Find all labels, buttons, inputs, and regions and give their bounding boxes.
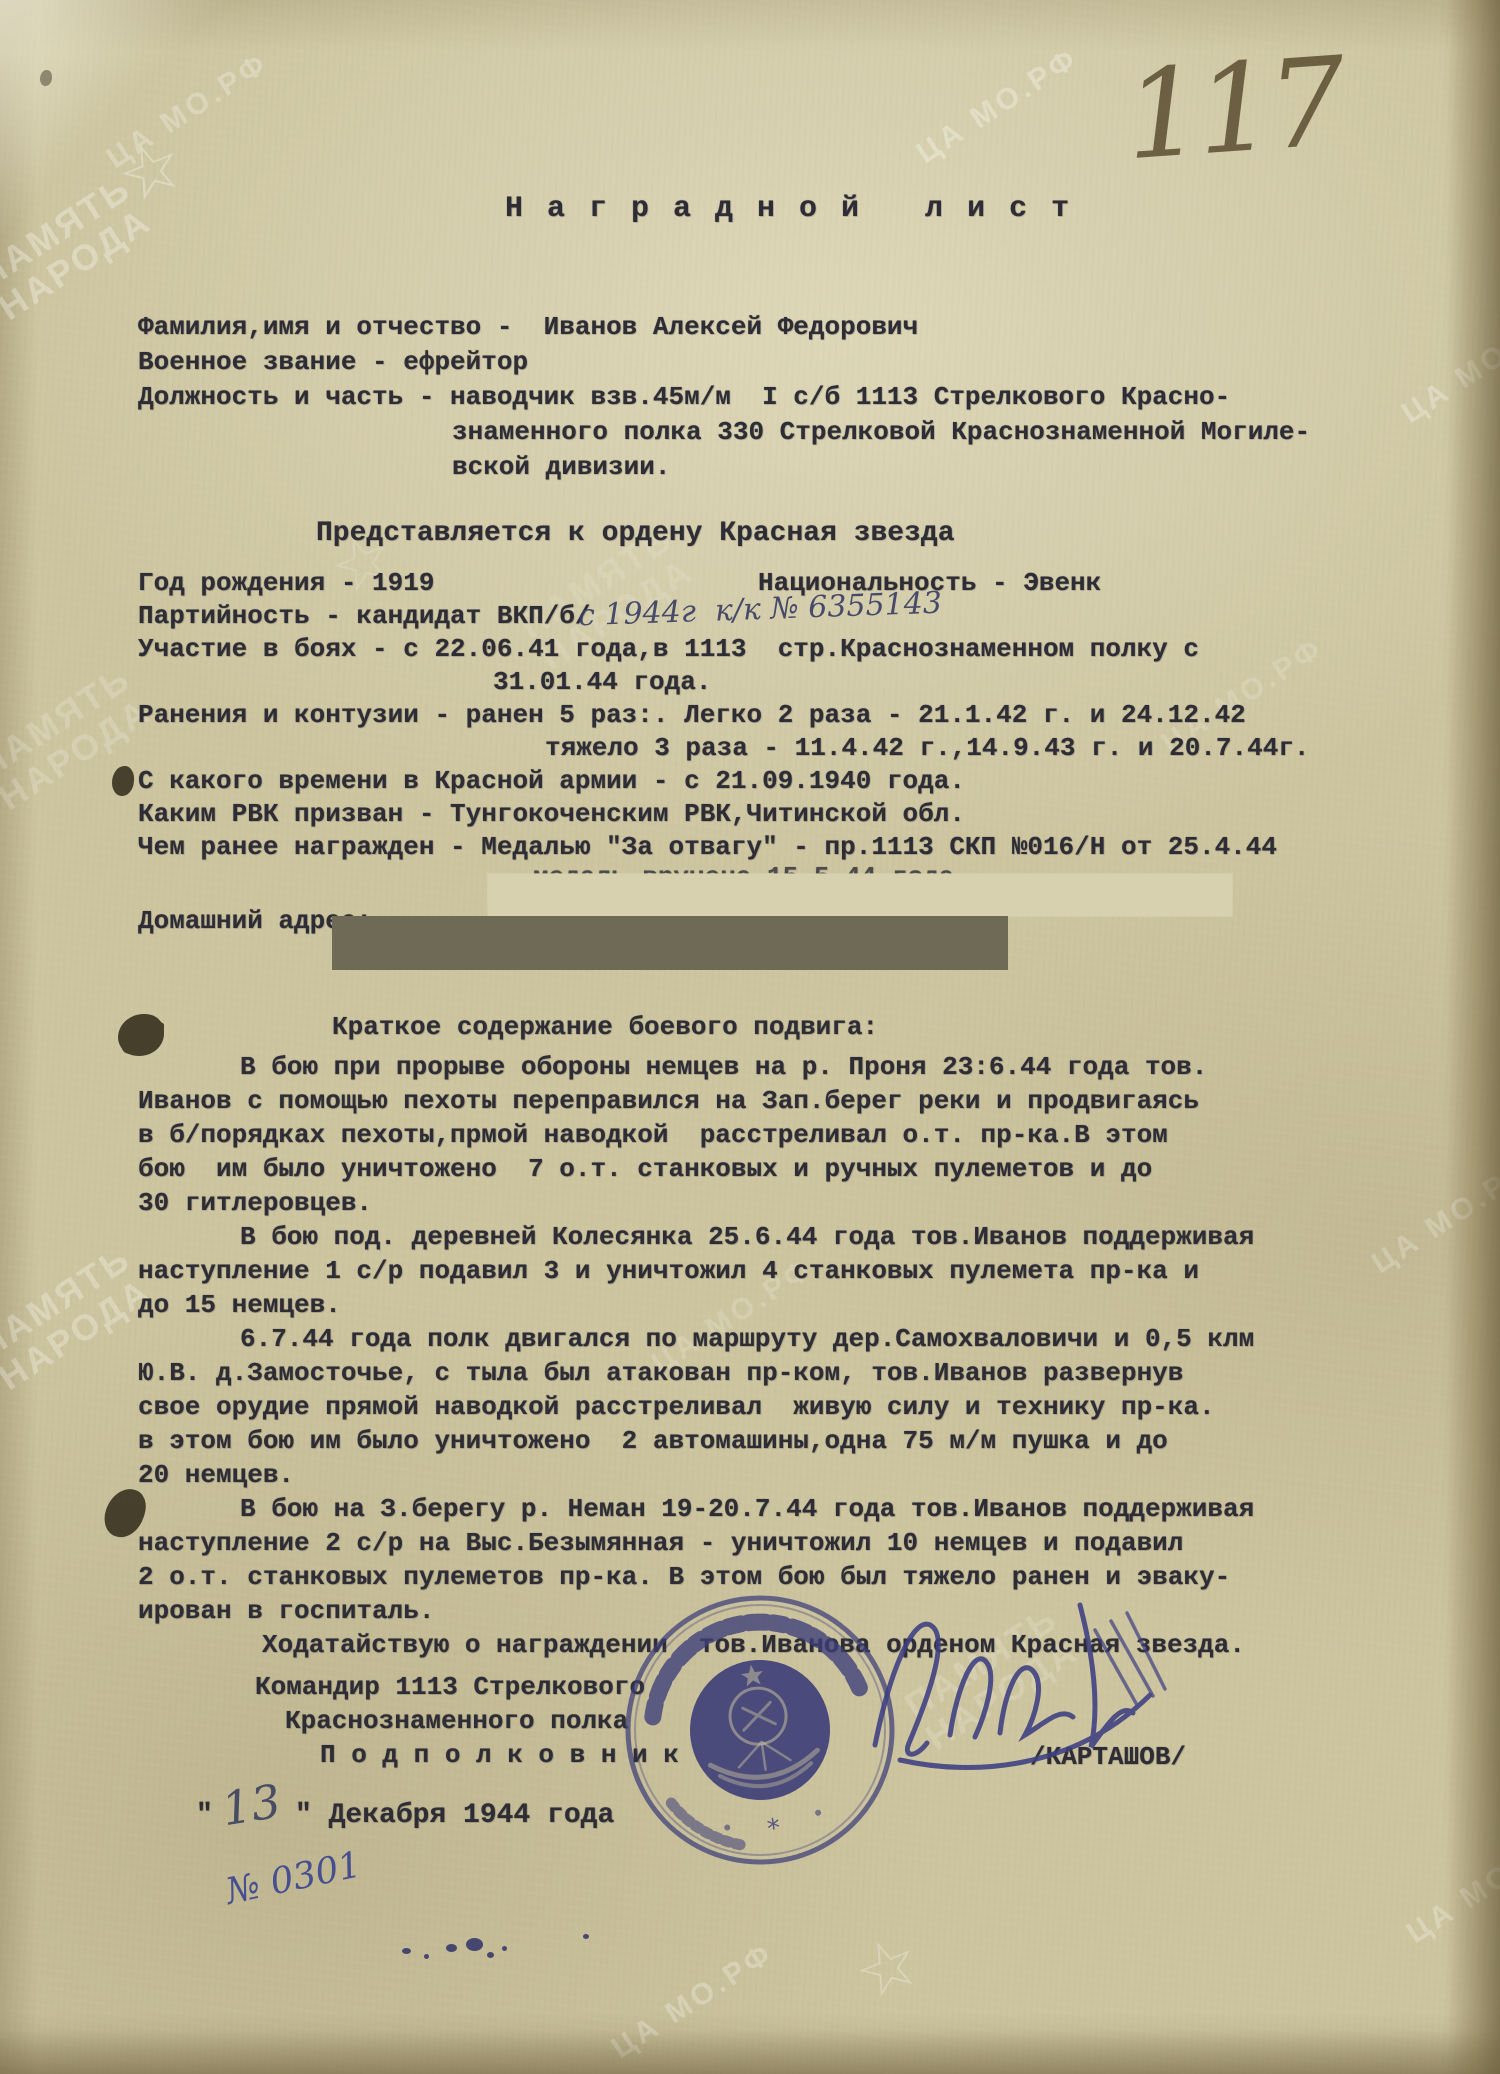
feat-paragraph3-line: в этом бою им было уничтожено 2 автомаши… <box>138 1426 1168 1456</box>
scan-edge-shadow <box>0 2030 1500 2074</box>
feat-paragraph3-line: 20 немцев. <box>138 1460 294 1490</box>
field-position-unit-line3: вской дивизии. <box>452 452 670 482</box>
watermark-archive: ЦА МО.РФ <box>101 47 274 175</box>
watermark-star-icon: ☆ <box>105 119 196 221</box>
watermark-memory-line1: ПАМЯТЬ <box>0 169 138 295</box>
feat-paragraph2-line: В бою под. деревней Колесянка 25.6.44 го… <box>240 1222 1254 1252</box>
field-drafted-by-rvk: Каким РВК призван - Тунгокоченским РВК,Ч… <box>138 799 965 829</box>
commander-title-line2: Краснознаменного полка <box>285 1706 628 1736</box>
field-combat-participation-line1: Участие в боях - с 22.06.41 года,в 1113 … <box>138 634 1199 664</box>
feat-paragraph2-line: наступление 1 с/р подавил 3 и уничтожил … <box>138 1256 1199 1286</box>
feat-paragraph3-line: 6.7.44 года полк двигался по маршруту де… <box>240 1324 1254 1354</box>
field-position-unit-line1: Должность и часть - наводчик взв.45м/м I… <box>138 382 1230 412</box>
watermark-archive: ЦА МО.РФ <box>606 1937 779 2065</box>
feat-paragraph1-line: в б/порядках пехоты,прмой наводкой расст… <box>138 1120 1168 1150</box>
presented-for-order-line: Представляется к ордену Красная звезда <box>316 518 955 549</box>
feat-paragraph1-line: Иванов с помощью пехоты переправился на … <box>138 1086 1199 1116</box>
handwritten-page-number: 117 <box>1120 31 1344 188</box>
watermark-star-icon: ☆ <box>842 1916 933 2018</box>
field-full-name: Фамилия,имя и отчество - Иванов Алексей … <box>138 312 918 342</box>
field-party-membership: Партийность - кандидат ВКП/б/ <box>138 601 590 631</box>
commander-signature <box>845 1575 1175 1805</box>
commander-title-line1: Командир 1113 Стрелкового <box>255 1672 645 1702</box>
feat-paragraph1-line: бою им было уничтожено 7 о.т. станковых … <box>138 1154 1152 1184</box>
svg-text:*: * <box>765 1813 782 1845</box>
date-open-quote: " <box>196 1800 213 1831</box>
feat-paragraph4-line: наступление 2 с/р на Выс.Безымянная - ун… <box>138 1528 1183 1558</box>
field-red-army-since: С какого времени в Красной армии - с 21.… <box>138 766 965 796</box>
watermark-archive: ЦА МО.РФ <box>911 42 1084 170</box>
field-combat-participation-line2: 31.01.44 года. <box>493 667 711 697</box>
paper-hole <box>112 766 134 796</box>
redaction-box-dark <box>332 916 1008 970</box>
paper-hole <box>118 1014 164 1056</box>
document-title: Н а г р а д н о й л и с т <box>505 192 1072 226</box>
field-wounds-line1: Ранения и контузии - ранен 5 раз:. Легко… <box>138 700 1246 730</box>
handwritten-date-day: 13 <box>218 1774 284 1836</box>
page-corner-highlight <box>0 0 260 240</box>
field-wounds-line2: тяжело 3 раза - 11.4.42 г.,14.9.43 г. и … <box>545 733 1310 763</box>
field-birth-year: Год рождения - 1919 <box>138 568 434 598</box>
award-sheet-scan: ЦА МО.РФ ☆ ПАМЯТЬ НАРОДА ЦА МО.РФ ЦА МО.… <box>0 0 1500 2074</box>
watermark-memory-line2: НАРОДА <box>0 691 158 817</box>
feat-summary-heading: Краткое содержание боевого подвига: <box>332 1012 878 1042</box>
scan-edge-shadow <box>1448 0 1500 2074</box>
watermark-memory: ПАМЯТЬ НАРОДА <box>0 659 158 817</box>
feat-paragraph3-line: Ю.В. д.Замосточье, с тыла был атакован п… <box>138 1358 1183 1388</box>
feat-paragraph1-line: 30 гитлеровцев. <box>138 1188 372 1218</box>
redaction-box-light <box>488 874 1232 916</box>
watermark-archive: ЦА МО.РФ <box>1396 302 1500 430</box>
handwritten-party-card-number: с 1944г к/к № 6355143 <box>578 586 943 634</box>
field-position-unit-line2: знаменного полка 330 Стрелковой Краснозн… <box>452 417 1310 447</box>
watermark-memory: ПАМЯТЬ НАРОДА <box>0 169 158 327</box>
date-line: " Декабря 1944 года <box>295 1800 614 1831</box>
watermark-memory: ПАМЯТЬ НАРОДА <box>0 1239 158 1397</box>
watermark-memory-line1: ПАМЯТЬ <box>0 659 138 785</box>
pencil-mark <box>40 70 52 86</box>
handwritten-registry-number: № 0301 <box>222 1844 365 1913</box>
watermark-memory-line2: НАРОДА <box>0 1271 158 1397</box>
watermark-memory-line2: НАРОДА <box>0 201 158 327</box>
feat-paragraph4-line: ирован в госпиталь. <box>138 1596 434 1626</box>
field-military-rank: Военное звание - ефрейтор <box>138 347 528 377</box>
field-previous-awards-line1: Чем ранее награжден - Медалью "За отвагу… <box>138 832 1277 862</box>
feat-paragraph4-line: В бою на З.берегу р. Неман 19-20.7.44 го… <box>240 1494 1254 1524</box>
watermark-archive: ЦА МО.РФ <box>1401 1822 1500 1950</box>
watermark-archive: ЦА МО.РФ <box>1366 1152 1500 1280</box>
watermark-memory-line1: ПАМЯТЬ <box>0 1239 138 1365</box>
feat-paragraph3-line: свое орудие прямой наводкой расстреливал… <box>138 1392 1215 1422</box>
feat-paragraph1-line: В бою при прорыве обороны немцев на р. П… <box>240 1052 1207 1082</box>
feat-paragraph2-line: до 15 немцев. <box>138 1290 341 1320</box>
